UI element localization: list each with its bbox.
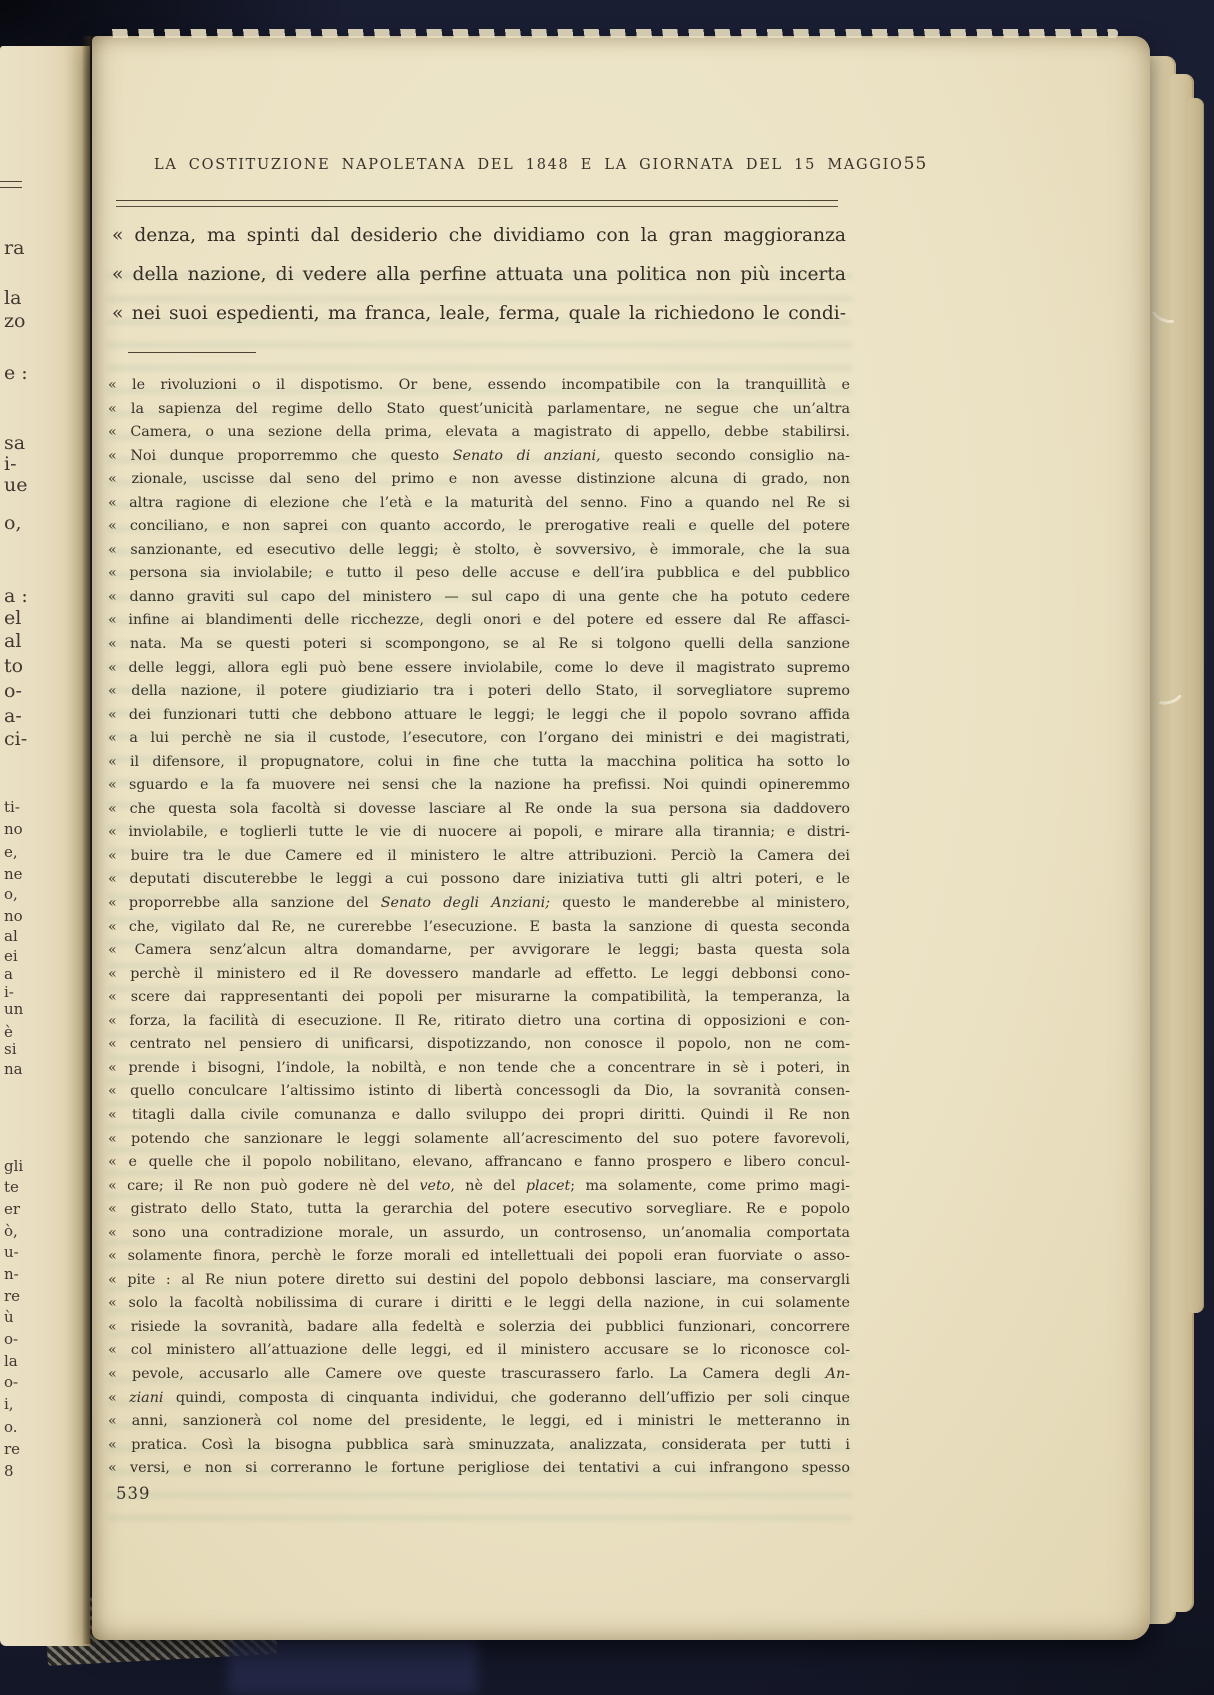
facing-page-text-fragment: a : bbox=[4, 585, 28, 607]
facing-page-text-fragment: si bbox=[4, 1040, 17, 1058]
facing-page-text-fragment: ti- bbox=[4, 798, 20, 816]
facing-page-text-fragment: ci- bbox=[4, 728, 27, 750]
quoted-paragraph: « denza, ma spinti dal desiderio che div… bbox=[112, 217, 846, 333]
facing-page-text-fragment: la bbox=[4, 287, 21, 309]
text-line: « le rivoluzioni o il dispotismo. Or ben… bbox=[108, 374, 850, 398]
facing-page-text-fragment: n- bbox=[4, 1265, 19, 1283]
facing-page-text-fragment: o- bbox=[4, 1330, 18, 1348]
text-line: « danno graviti sul capo del ministero —… bbox=[108, 586, 850, 610]
header-rule bbox=[116, 200, 838, 207]
text-line: « Camera senz’alcun altra domandarne, pe… bbox=[108, 939, 850, 963]
facing-page-text-fragment: gli bbox=[4, 1157, 23, 1175]
facing-page-text-fragment: o- bbox=[4, 680, 22, 702]
facing-page-text-fragment: al bbox=[4, 927, 18, 945]
facing-page-text-fragment: ei bbox=[4, 947, 18, 965]
text-line: « potendo che sanzionare le leggi solame… bbox=[108, 1128, 850, 1152]
facing-page-text-fragment: i- bbox=[4, 453, 17, 475]
facing-page-text-fragment: te bbox=[4, 1178, 19, 1196]
facing-page-text-fragment: ù bbox=[4, 1308, 14, 1326]
facing-page-edge: ralazoe :sai-ueo,a :elaltoo-a-ci-ti-noe,… bbox=[0, 46, 90, 1646]
text-line: « delle leggi, allora egli può bene esse… bbox=[108, 657, 850, 681]
facing-page-text-fragment: ne bbox=[4, 865, 23, 883]
text-line: « conciliano, e non saprei con quanto ac… bbox=[108, 515, 850, 539]
text-line: « Noi dunque proporremmo che questo Sena… bbox=[108, 445, 850, 469]
text-line: « solamente finora, perchè le forze mora… bbox=[108, 1245, 850, 1269]
facing-page-text-fragment: i- bbox=[4, 983, 14, 1001]
text-line: « risiede la sovranità, badare alla fede… bbox=[108, 1316, 850, 1340]
book-page: LA COSTITUZIONE NAPOLETANA DEL 1848 E LA… bbox=[92, 36, 1150, 1640]
facing-page-text-fragment: o- bbox=[4, 1373, 18, 1391]
text-line: « inviolabile, e toglierli tutte le vie … bbox=[108, 821, 850, 845]
text-line: « che, vigilato dal Re, ne curerebbe l’e… bbox=[108, 916, 850, 940]
text-line: « sanzionante, ed esecutivo delle leggi;… bbox=[108, 539, 850, 563]
text-line: « proporrebbe alla sanzione del Senato d… bbox=[108, 892, 850, 916]
text-line: « pite : al Re niun potere diretto sui d… bbox=[108, 1269, 850, 1293]
facing-page-text-fragment: o, bbox=[4, 885, 18, 903]
text-line: « e quelle che il popolo nobilitano, ele… bbox=[108, 1151, 850, 1175]
facing-page-text-fragment: o, bbox=[4, 512, 21, 534]
text-line: « anni, sanzionerà col nome del presiden… bbox=[108, 1410, 850, 1434]
running-title: LA COSTITUZIONE NAPOLETANA DEL 1848 E LA… bbox=[154, 157, 904, 173]
facing-page-text-fragment: è bbox=[4, 1023, 13, 1041]
page-edge-stack bbox=[1188, 98, 1204, 1313]
facing-page-text-fragment: al bbox=[4, 630, 21, 652]
facing-page-text-fragment: el bbox=[4, 607, 21, 629]
footnote-separator bbox=[128, 352, 256, 353]
text-line: « dei funzionari tutti che debbono attua… bbox=[108, 704, 850, 728]
page-header: LA COSTITUZIONE NAPOLETANA DEL 1848 E LA… bbox=[154, 154, 844, 174]
text-line: « la sapienza del regime dello Stato que… bbox=[108, 398, 850, 422]
text-line: « il difensore, il propugnatore, colui i… bbox=[108, 751, 850, 775]
text-line: « pevole, accusarlo alle Camere ove ques… bbox=[108, 1363, 850, 1387]
text-line: « solo la facoltà nobilissima di curare … bbox=[108, 1292, 850, 1316]
facing-page-text-fragment: no bbox=[4, 820, 23, 838]
facing-page-rule-fragment bbox=[0, 181, 22, 188]
facing-page-text-fragment: e : bbox=[4, 362, 28, 384]
facing-page-text-fragment: er bbox=[4, 1200, 20, 1218]
text-line: « col ministero all’attuazione delle leg… bbox=[108, 1339, 850, 1363]
facing-page-text-fragment: 8 bbox=[4, 1462, 14, 1480]
text-line: « nata. Ma se questi poteri si scompongo… bbox=[108, 633, 850, 657]
text-line: « buire tra le due Camere ed il minister… bbox=[108, 845, 850, 869]
facing-page-text-fragment: ue bbox=[4, 474, 27, 496]
text-line: « Camera, o una sezione della prima, ele… bbox=[108, 421, 850, 445]
text-line: « prende i bisogni, l’indole, la nobiltà… bbox=[108, 1057, 850, 1081]
text-line: « perchè il ministero ed il Re dovessero… bbox=[108, 963, 850, 987]
facing-page-text-fragment: re bbox=[4, 1440, 20, 1458]
facing-page-text-fragment: no bbox=[4, 907, 23, 925]
text-line: « titagli dalla civile comunanza e dallo… bbox=[108, 1104, 850, 1128]
facing-page-text-fragment: ra bbox=[4, 237, 24, 259]
text-line: « pratica. Così la bisogna pubblica sarà… bbox=[108, 1434, 850, 1458]
text-line: « della nazione, di vedere alla perfine … bbox=[112, 256, 846, 295]
text-line: « centrato nel pensiero di unificarsi, d… bbox=[108, 1033, 850, 1057]
facing-page-text-fragment: la bbox=[4, 1352, 18, 1370]
facing-page-text-fragment: e, bbox=[4, 843, 18, 861]
book-photo: ralazoe :sai-ueo,a :elaltoo-a-ci-ti-noe,… bbox=[0, 0, 1214, 1695]
facing-page-text-fragment: sa bbox=[4, 432, 25, 454]
text-line: « care; il Re non può godere nè del veto… bbox=[108, 1175, 850, 1199]
footnote-text: « le rivoluzioni o il dispotismo. Or ben… bbox=[108, 374, 850, 1481]
text-line: « sono una contradizione morale, un assu… bbox=[108, 1222, 850, 1246]
facing-page-text-fragment: un bbox=[4, 1000, 23, 1018]
text-line: « deputati discuterebbe le leggi a cui p… bbox=[108, 868, 850, 892]
facing-page-text-fragment: i, bbox=[4, 1395, 14, 1413]
text-line: « altra ragione di elezione che l’età e … bbox=[108, 492, 850, 516]
text-line: « denza, ma spinti dal desiderio che div… bbox=[112, 217, 846, 256]
text-line: « zionale, uscisse dal seno del primo e … bbox=[108, 468, 850, 492]
text-line: « gistrato dello Stato, tutta la gerarch… bbox=[108, 1198, 850, 1222]
text-line: « a lui perchè ne sia il custode, l’esec… bbox=[108, 727, 850, 751]
text-line: « sguardo e la fa muovere nei sensi che … bbox=[108, 774, 850, 798]
text-line: « forza, la facilità di esecuzione. Il R… bbox=[108, 1010, 850, 1034]
facing-page-text-fragment: re bbox=[4, 1287, 20, 1305]
facing-page-text-fragment: to bbox=[4, 655, 23, 677]
background-shadow bbox=[228, 1636, 478, 1695]
page-number: 55 bbox=[904, 154, 928, 174]
text-line: « della nazione, il potere giudiziario t… bbox=[108, 680, 850, 704]
facing-page-text-fragment: ò, bbox=[4, 1222, 18, 1240]
facing-page-text-fragment: zo bbox=[4, 310, 25, 332]
facing-page-text-fragment: u- bbox=[4, 1243, 19, 1261]
facing-page-text-fragment: a- bbox=[4, 705, 22, 727]
text-line: « versi, e non si correranno le fortune … bbox=[108, 1457, 850, 1481]
text-line: « quello conculcare l’altissimo istinto … bbox=[108, 1080, 850, 1104]
facing-page-text-fragment: na bbox=[4, 1060, 23, 1078]
text-line: « che questa sola facoltà si dovesse las… bbox=[108, 798, 850, 822]
facing-page-text-fragment: a bbox=[4, 965, 13, 983]
text-line: « nei suoi espedienti, ma franca, leale,… bbox=[112, 295, 846, 334]
facing-page-text-fragment: o. bbox=[4, 1418, 18, 1436]
text-line: « infine ai blandimenti delle ricchezze,… bbox=[108, 609, 850, 633]
signature-mark: 539 bbox=[116, 1484, 151, 1503]
text-line: « scere dai rappresentanti dei popoli pe… bbox=[108, 986, 850, 1010]
text-line: « ziani quindi, composta di cinquanta in… bbox=[108, 1387, 850, 1411]
text-line: « persona sia inviolabile; e tutto il pe… bbox=[108, 562, 850, 586]
